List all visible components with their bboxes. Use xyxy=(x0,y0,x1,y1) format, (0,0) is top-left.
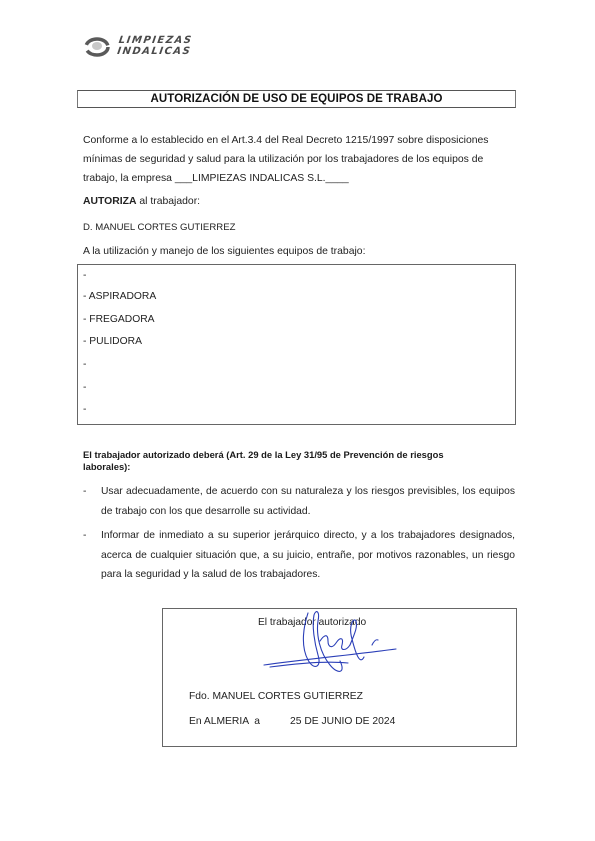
autoriza-rest: al trabajador: xyxy=(137,196,201,207)
duty-text: Informar de inmediato a su superior jerá… xyxy=(101,526,515,585)
duty-bullet: - xyxy=(83,526,86,546)
equipment-list-box: -- ASPIRADORA- FREGADORA- PULIDORA--- xyxy=(77,264,516,425)
worker-name: D. MANUEL CORTES GUTIERREZ xyxy=(83,218,515,237)
duties-title: El trabajador autorizado deberá (Art. 29… xyxy=(83,449,483,472)
company-logo-text: LIMPIEZAS INDALICAS xyxy=(116,35,193,57)
document-title: AUTORIZACIÓN DE USO DE EQUIPOS DE TRABAJ… xyxy=(150,93,442,105)
logo-line-1: LIMPIEZAS xyxy=(118,35,194,46)
equipment-item: - FREGADORA xyxy=(83,313,155,327)
handwritten-signature-icon xyxy=(260,605,400,680)
document-title-box: AUTORIZACIÓN DE USO DE EQUIPOS DE TRABAJ… xyxy=(77,90,516,108)
signature-place: En ALMERIA a xyxy=(189,716,260,727)
equipment-item: - xyxy=(83,269,86,283)
company-logo-swirl-icon xyxy=(84,36,110,58)
duty-text: Usar adecuadamente, de acuerdo con su na… xyxy=(101,482,515,521)
signed-by: Fdo. MANUEL CORTES GUTIERREZ xyxy=(189,691,363,702)
equipment-item: - xyxy=(83,358,86,372)
equipment-item: - xyxy=(83,403,86,417)
equipment-item: - xyxy=(83,381,86,395)
company-logo: LIMPIEZAS INDALICAS xyxy=(84,32,224,66)
logo-line-2: INDALICAS xyxy=(116,46,192,57)
equipment-item: - PULIDORA xyxy=(83,335,142,349)
autoriza-keyword: AUTORIZA xyxy=(83,196,137,207)
duty-bullet: - xyxy=(83,482,86,502)
signature-date: 25 DE JUNIO DE 2024 xyxy=(290,716,395,727)
intro-paragraph: Conforme a lo establecido en el Art.3.4 … xyxy=(83,131,515,188)
equipment-item: - ASPIRADORA xyxy=(83,290,156,304)
autoriza-line: AUTORIZA al trabajador: xyxy=(83,192,515,211)
equipment-intro: A la utilización y manejo de los siguien… xyxy=(83,242,515,261)
